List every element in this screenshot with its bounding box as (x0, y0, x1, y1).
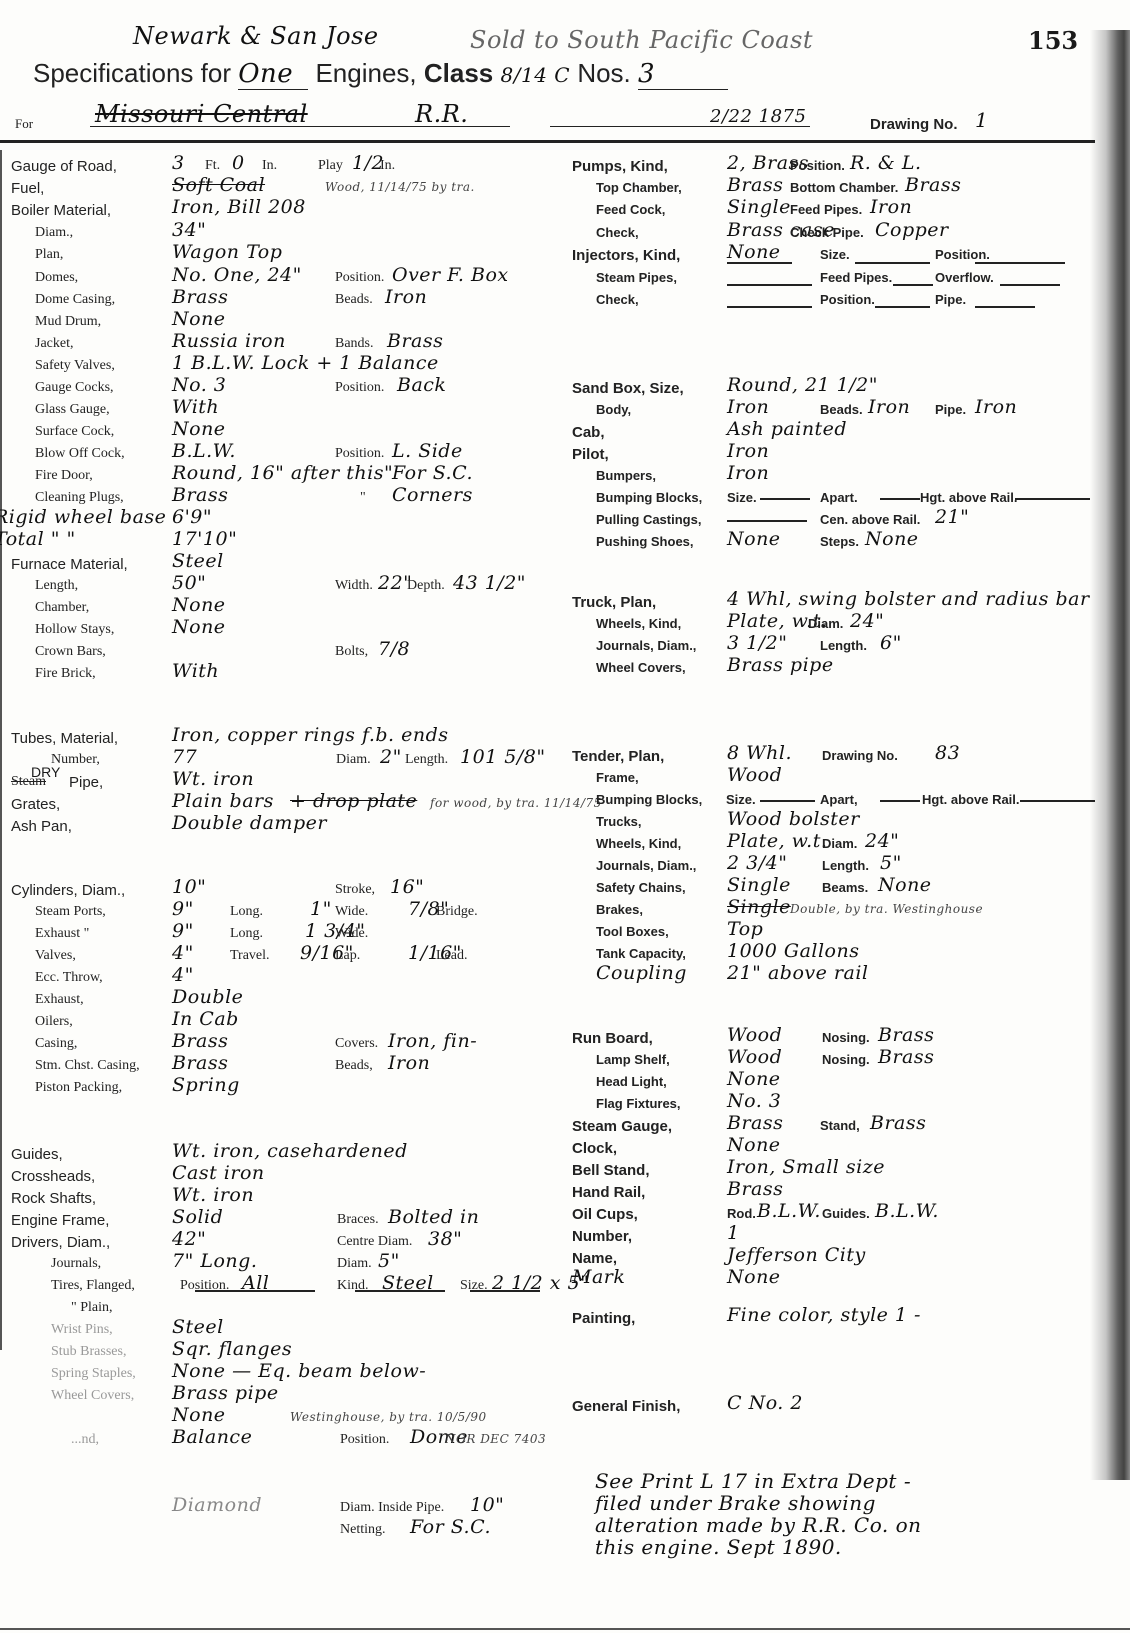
field-label: Wheels, Kind, (596, 616, 681, 631)
field-value: None (172, 594, 226, 616)
field-sublabel: Position. (335, 270, 384, 286)
field-label: Pilot, (572, 446, 609, 463)
field-subvalue: For S.C. (410, 1516, 491, 1538)
field-label: Bell Stand, (572, 1162, 650, 1179)
field-sublabel: Diam. (337, 1256, 372, 1272)
field-subvalue: For S.C. (392, 462, 473, 484)
field-subvalue: Brass (905, 174, 961, 196)
field-label: Top Chamber, (596, 180, 682, 195)
field-sublabel: Bolts, (335, 644, 368, 660)
field-sublabel: Stand, (820, 1118, 860, 1133)
footnote-line: filed under Brake showing (595, 1492, 922, 1514)
field-subvalue: L. Side (392, 440, 463, 462)
field-value: None (727, 1068, 781, 1090)
field-value: Single (727, 196, 791, 218)
field-label: Exhaust " (35, 926, 89, 942)
blank-line (355, 1290, 445, 1292)
field-label: Plan, (35, 247, 63, 263)
field-subvalue: Back (397, 374, 446, 396)
overwrite-label: DRY (31, 764, 60, 780)
field-sublabel: Overflow. (935, 270, 994, 285)
field-label: Injectors, Kind, (572, 247, 680, 264)
field-label: Feed Cock, (596, 202, 665, 217)
field-label: Steam Ports, (35, 904, 106, 920)
field-sublabel: Cen. above Rail. (820, 512, 920, 527)
field-label: Journals, Diam., (596, 858, 696, 873)
field-label: Boiler Material, (11, 202, 111, 219)
field-subvalue: 2" (380, 746, 402, 768)
field-value: 6'9" (172, 506, 212, 528)
field-value: No. 3 (172, 374, 226, 396)
field-label: Gauge of Road, (11, 158, 117, 175)
field-value: Brass pipe (172, 1382, 279, 1404)
field-label: Tubes, Material, (11, 730, 118, 747)
field-sublabel: Diam. (808, 616, 843, 631)
field-value: None (172, 1404, 226, 1426)
field-value: Brass (172, 1052, 228, 1074)
field-subvalue: 5" (378, 1250, 400, 1272)
field-sublabel: Apart. (820, 490, 858, 505)
field-value: Steel (172, 1316, 224, 1338)
field-label: Journals, (51, 1256, 101, 1272)
field-sublabel: In. (262, 158, 277, 174)
field-value: Wt. iron (172, 768, 254, 790)
field-value: Solid (172, 1206, 223, 1228)
blank-line (1020, 800, 1095, 802)
bottom-rule (0, 1628, 1130, 1630)
field-value: Balance (172, 1426, 252, 1448)
field-value: None (172, 616, 226, 638)
field-value: 1000 Gallons (727, 940, 859, 962)
field-sublabel: Nosing. (822, 1052, 870, 1067)
field-subvalue: 0 (232, 152, 245, 174)
field-value: Brass pipe (727, 654, 834, 676)
field-sublabel: Feed Pipes. (820, 270, 892, 285)
field-value: Wood (727, 1046, 782, 1068)
field-value: Double (172, 986, 243, 1008)
field-sublabel: Steps. (820, 534, 859, 549)
title-class: Class (424, 58, 493, 88)
field-subvalue: 21" (935, 506, 969, 528)
left-margin-line (0, 150, 2, 1350)
field-label: Pulling Castings, (596, 512, 701, 527)
field-subvalue: Copper (875, 219, 949, 241)
field-label: Bumping Blocks, (596, 490, 702, 505)
field-label: Pipe, (69, 774, 103, 791)
field-sublabel: Pipe. (935, 292, 966, 307)
field-value: 4" (172, 964, 194, 986)
field-sublabel: Guides. (822, 1206, 870, 1221)
field-value: Wagon Top (172, 241, 282, 263)
field-sublabel: Position. (820, 292, 875, 307)
field-value: 8 Whl. (727, 742, 792, 764)
blank-line (760, 498, 810, 500)
footnote: See Print L 17 in Extra Dept - filed und… (595, 1470, 922, 1558)
field-label: Truck, Plan, (572, 594, 656, 611)
field-subvalue: + drop plate (290, 790, 417, 812)
field-value: Brass (727, 1112, 783, 1134)
field-value: None (727, 241, 781, 263)
field-sublabel: Position. (335, 380, 384, 396)
field-value: Fine color, style 1 - (727, 1304, 921, 1326)
field-label: Blow Off Cock, (35, 446, 125, 462)
field-subvalue: Over F. Box (392, 264, 509, 286)
field-subvalue: 7/8 (378, 638, 410, 660)
field-sublabel: Long. (230, 904, 263, 920)
field-value: Cast iron (172, 1162, 265, 1184)
field-sublabel: Netting. (340, 1522, 386, 1538)
field-label: Hollow Stays, (35, 622, 114, 638)
field-subvalue: 24" (865, 830, 899, 852)
field-subvalue: Brass (878, 1046, 934, 1068)
class-value: 8/14 C (501, 63, 571, 87)
field-value: None (727, 1266, 781, 1288)
for-struck: Missouri Central (95, 100, 308, 128)
field-sublabel: Lead. (436, 948, 467, 964)
field-value: Plate, w.t. (727, 830, 827, 852)
field-value: Iron, copper rings f.b. ends (172, 724, 449, 746)
field-sublabel: Diam. (822, 836, 857, 851)
field-value: Wt. iron, casehardened (172, 1140, 408, 1162)
field-label: Grates, (11, 796, 60, 813)
field-label: Pumps, Kind, (572, 158, 668, 175)
field-value: Brass (727, 1178, 783, 1200)
field-label: Head Light, (596, 1074, 667, 1089)
for-value: R.R. (415, 100, 468, 128)
field-subvalue: None (878, 874, 932, 896)
field-sublabel: Position. (790, 158, 845, 173)
field-label: Cab, (572, 424, 605, 441)
field-value: Double damper (172, 812, 327, 834)
field-value: Round, 21 1/2" (727, 374, 878, 396)
field-label: Casing, (35, 1036, 77, 1052)
field-value: 3 1/2" (727, 632, 787, 654)
field-sublabel: Position. (935, 247, 990, 262)
field-subvalue: 83 (935, 742, 960, 764)
title-engines: Engines, (315, 58, 416, 88)
field-value: None (727, 1134, 781, 1156)
field-sublabel: Diam. (336, 752, 371, 768)
field-sublabel: Diam. Inside Pipe. (340, 1500, 444, 1516)
field-sublabel: Size. (460, 1278, 488, 1294)
header-rule (0, 140, 1095, 143)
field-value: Steel (172, 550, 224, 572)
field-label: Fire Brick, (35, 666, 96, 682)
field-value: Brass (172, 484, 228, 506)
field-label: Check, (596, 225, 639, 240)
field-sublabel: Beads. (820, 402, 863, 417)
field-sublabel: Stroke, (335, 882, 375, 898)
field-label: Guides, (11, 1146, 63, 1163)
field-label: Hand Rail, (572, 1184, 645, 1201)
field-label: Exhaust, (35, 992, 84, 1008)
field-label: Flag Fixtures, (596, 1096, 681, 1111)
field-subvalue: 5" (880, 852, 902, 874)
field-sublabel: Bands. (335, 336, 374, 352)
field-value: 4" (172, 942, 194, 964)
field-label: Number, (572, 1228, 632, 1245)
field-sublabel: Kind. (337, 1278, 369, 1294)
field-subvalue: R. & L. (850, 152, 922, 174)
field-value: Iron, Bill 208 (172, 196, 306, 218)
field-subvalue: Iron (385, 286, 427, 308)
field-value: None (727, 528, 781, 550)
field-label: General Finish, (572, 1398, 680, 1415)
field-value: With (172, 660, 219, 682)
field-value: Iron, Small size (727, 1156, 885, 1178)
field-sublabel: Wide. (335, 926, 368, 942)
field-label: Tank Capacity, (596, 946, 686, 961)
field-sublabel: Apart, (820, 792, 858, 807)
field-value: No. 3 (727, 1090, 781, 1112)
blank-line (880, 800, 920, 802)
field-sublabel: Travel. (230, 948, 270, 964)
field-label: Journals, Diam., (596, 638, 696, 653)
field-label: Total " " (0, 528, 76, 550)
field-value: Diamond (172, 1494, 262, 1516)
field-sublabel: Lap. (335, 948, 360, 964)
blank-line (1000, 284, 1060, 286)
field-label: Fire Door, (35, 468, 93, 484)
field-value: Jefferson City (727, 1244, 866, 1266)
field-subvalue: Corners (392, 484, 473, 506)
blank-line (727, 284, 812, 286)
field-subvalue: Westinghouse, by tra. 10/5/90 (290, 1410, 487, 1424)
field-label: Domes, (35, 270, 78, 286)
field-label: Crown Bars, (35, 644, 106, 660)
field-value: 50" (172, 572, 206, 594)
field-label: Stm. Chst. Casing, (35, 1058, 140, 1074)
field-value: 1 (727, 1222, 740, 1244)
field-value: 34" (172, 219, 206, 241)
field-value: Wt. iron (172, 1184, 254, 1206)
field-sublabel: Length. (405, 752, 448, 768)
footnote-line: alteration made by R.R. Co. on (595, 1514, 922, 1536)
field-value: Iron (727, 396, 769, 418)
field-value: 17'10" (172, 528, 237, 550)
field-value: Single (727, 874, 791, 896)
field-value: No. One, 24" (172, 264, 302, 286)
field-sublabel: Drawing No. (822, 748, 898, 763)
field-sublabel: Beads. (335, 292, 373, 308)
field-sublabel: Bridge. (436, 904, 478, 920)
field-value: 9" (172, 920, 194, 942)
field-value: Wood bolster (727, 808, 860, 830)
blank-line (1015, 498, 1090, 500)
field-label: Clock, (572, 1140, 617, 1157)
field-sublabel: Bottom Chamber. (790, 180, 898, 195)
title-prefix: Specifications for (33, 58, 231, 88)
blank-line (975, 306, 1035, 308)
field-value: 2 3/4" (727, 852, 787, 874)
field-label: Steam Pipes, (596, 270, 677, 285)
page-number: 153 (1028, 26, 1078, 55)
field-subvalue: Brass (878, 1024, 934, 1046)
field-value: Wood (727, 764, 782, 786)
field-subvalue: Iron, fin- (388, 1030, 477, 1052)
field-label: Crossheads, (11, 1168, 95, 1185)
field-subvalue: 1" (310, 898, 332, 920)
field-label: Cylinders, Diam., (11, 882, 125, 899)
blank-line (760, 800, 815, 802)
field-subvalue: 101 5/8" (460, 746, 546, 768)
field-sublabel: Depth. (407, 578, 445, 594)
field-subvalue: Iron (868, 396, 910, 418)
field-subvalue: B.L.W. (757, 1200, 821, 1222)
field-sublabel: Position. (180, 1278, 229, 1294)
field-label: Safety Chains, (596, 880, 686, 895)
field-sublabel: Pipe. (935, 402, 966, 417)
field-value: Plain bars (172, 790, 274, 812)
field-label: Check, (596, 292, 639, 307)
field-value: C No. 2 (727, 1392, 803, 1414)
field-label: Wheel Covers, (51, 1388, 134, 1404)
field-subvalue: 24" (850, 610, 884, 632)
field-label: Ash Pan, (11, 818, 72, 835)
field-subvalue: Iron (388, 1052, 430, 1074)
field-sublabel: Check Pipe. (790, 225, 864, 240)
field-label: ...nd, (71, 1432, 99, 1448)
field-value: Spring (172, 1074, 240, 1096)
field-label: Piston Packing, (35, 1080, 122, 1096)
field-value: None (172, 308, 226, 330)
field-label: Oilers, (35, 1014, 73, 1030)
field-sublabel: Nosing. (822, 1030, 870, 1045)
blank-line (470, 1290, 540, 1292)
field-subvalue: B.L.W. (875, 1200, 939, 1222)
field-value: Iron (727, 462, 769, 484)
blank-line (875, 306, 930, 308)
field-subvalue: NOR DEC 7403 (445, 1432, 546, 1446)
field-subvalue: Wood, 11/14/75 by tra. (325, 180, 475, 194)
specification-sheet: Newark & San Jose Sold to South Pacific … (0, 0, 1130, 1633)
field-value: B.L.W. (172, 440, 236, 462)
field-sublabel: In. (380, 158, 395, 174)
field-label: Jacket, (35, 336, 73, 352)
field-label: " Plain, (71, 1300, 113, 1316)
field-label: Frame, (596, 770, 639, 785)
field-label: Trucks, (596, 814, 642, 829)
field-label: Brakes, (596, 902, 643, 917)
field-label: Tender, Plan, (572, 748, 664, 765)
field-subvalue: for wood, by tra. 11/14/75 (430, 796, 602, 810)
drawing-value: 1 (975, 108, 988, 132)
field-label: Gauge Cocks, (35, 380, 114, 396)
field-label: Rock Shafts, (11, 1190, 96, 1207)
drawing-label: Drawing No. (870, 116, 958, 133)
for-underline (90, 126, 510, 127)
field-label: Dome Casing, (35, 292, 115, 308)
blank-line (855, 262, 930, 264)
field-sublabel: Position. (340, 1432, 389, 1448)
field-sublabel: Length. (820, 638, 867, 653)
title-nos: Nos. (577, 58, 630, 88)
field-subvalue: Iron (870, 196, 912, 218)
field-sublabel: Braces. (337, 1212, 379, 1228)
field-value: Single (727, 896, 791, 918)
field-label: Wrist Pins, (51, 1322, 113, 1338)
field-subvalue: 43 1/2" (453, 572, 526, 594)
field-label: Body, (596, 402, 631, 417)
field-subvalue: Brass (387, 330, 443, 352)
field-label: Name, (572, 1250, 617, 1267)
field-value: Soft Coal (172, 174, 265, 196)
page-title: Specifications for One Engines, Class 8/… (33, 58, 728, 90)
field-label: Tool Boxes, (596, 924, 669, 939)
field-label: Bumping Blocks, (596, 792, 702, 807)
blank-line (880, 498, 920, 500)
field-subvalue: None (865, 528, 919, 550)
field-label: Diam., (35, 225, 73, 241)
field-sublabel: Size. (727, 490, 757, 505)
handnote-left: Newark & San Jose (133, 22, 379, 50)
field-label: Cleaning Plugs, (35, 490, 124, 506)
field-sublabel: Rod. (727, 1206, 756, 1221)
field-subvalue: 10" (470, 1494, 504, 1516)
field-sublabel: Beams. (822, 880, 868, 895)
field-sublabel: Centre Diam. (337, 1234, 412, 1250)
blank-line (727, 306, 812, 308)
handnote-right: Sold to South Pacific Coast (470, 26, 813, 54)
blank-line (975, 262, 1065, 264)
field-value: Ash painted (727, 418, 847, 440)
field-label: Spring Staples, (51, 1366, 136, 1382)
field-label: Oil Cups, (572, 1206, 638, 1223)
scan-edge-shadow (1090, 30, 1130, 1480)
field-label: Lamp Shelf, (596, 1052, 670, 1067)
field-sublabel: Length. (822, 858, 869, 873)
field-label: Fuel, (11, 180, 44, 197)
field-label: Ecc. Throw, (35, 970, 103, 986)
field-sublabel: Feed Pipes. (790, 202, 862, 217)
blank-line (727, 262, 792, 264)
field-sublabel: Play (318, 158, 343, 174)
field-sublabel: Hgt. above Rail. (922, 792, 1020, 807)
field-value: 9" (172, 898, 194, 920)
field-value: 1 B.L.W. Lock + 1 Balance (172, 352, 439, 374)
field-value: With (172, 396, 219, 418)
field-value: 21" above rail (727, 962, 868, 984)
footnote-line: this engine. Sept 1890. (595, 1536, 922, 1558)
field-label: Tires, Flanged, (51, 1278, 135, 1294)
field-label: Painting, (572, 1310, 635, 1327)
field-value: Russia iron (172, 330, 286, 352)
field-label: Run Board, (572, 1030, 653, 1047)
field-value: Round, 16" after this" (172, 462, 393, 484)
engines-count: One (238, 59, 308, 90)
field-label: Wheel Covers, (596, 660, 686, 675)
field-subvalue: Bolted in (388, 1206, 479, 1228)
field-sublabel: Beads, (335, 1058, 373, 1074)
field-label: Wheels, Kind, (596, 836, 681, 851)
field-sublabel: Width. (335, 578, 373, 594)
field-value: None — Eq. beam below- (172, 1360, 426, 1382)
field-value: 7" Long. (172, 1250, 257, 1272)
field-label: Safety Valves, (35, 358, 115, 374)
field-sublabel: Hgt. above Rail. (920, 490, 1018, 505)
field-label: Valves, (35, 948, 76, 964)
field-subvalue: Double, by tra. Westinghouse (790, 902, 983, 916)
field-value: 77 (172, 746, 197, 768)
field-value: Wood (727, 1024, 782, 1046)
field-label: Pushing Shoes, (596, 534, 694, 549)
field-label: Bumpers, (596, 468, 656, 483)
field-value: 4 Whl, swing bolster and radius bar (727, 588, 1090, 610)
field-sublabel: Covers. (335, 1036, 378, 1052)
field-subvalue: Brass (870, 1112, 926, 1134)
field-label: Surface Cock, (35, 424, 114, 440)
field-value: Brass (727, 174, 783, 196)
